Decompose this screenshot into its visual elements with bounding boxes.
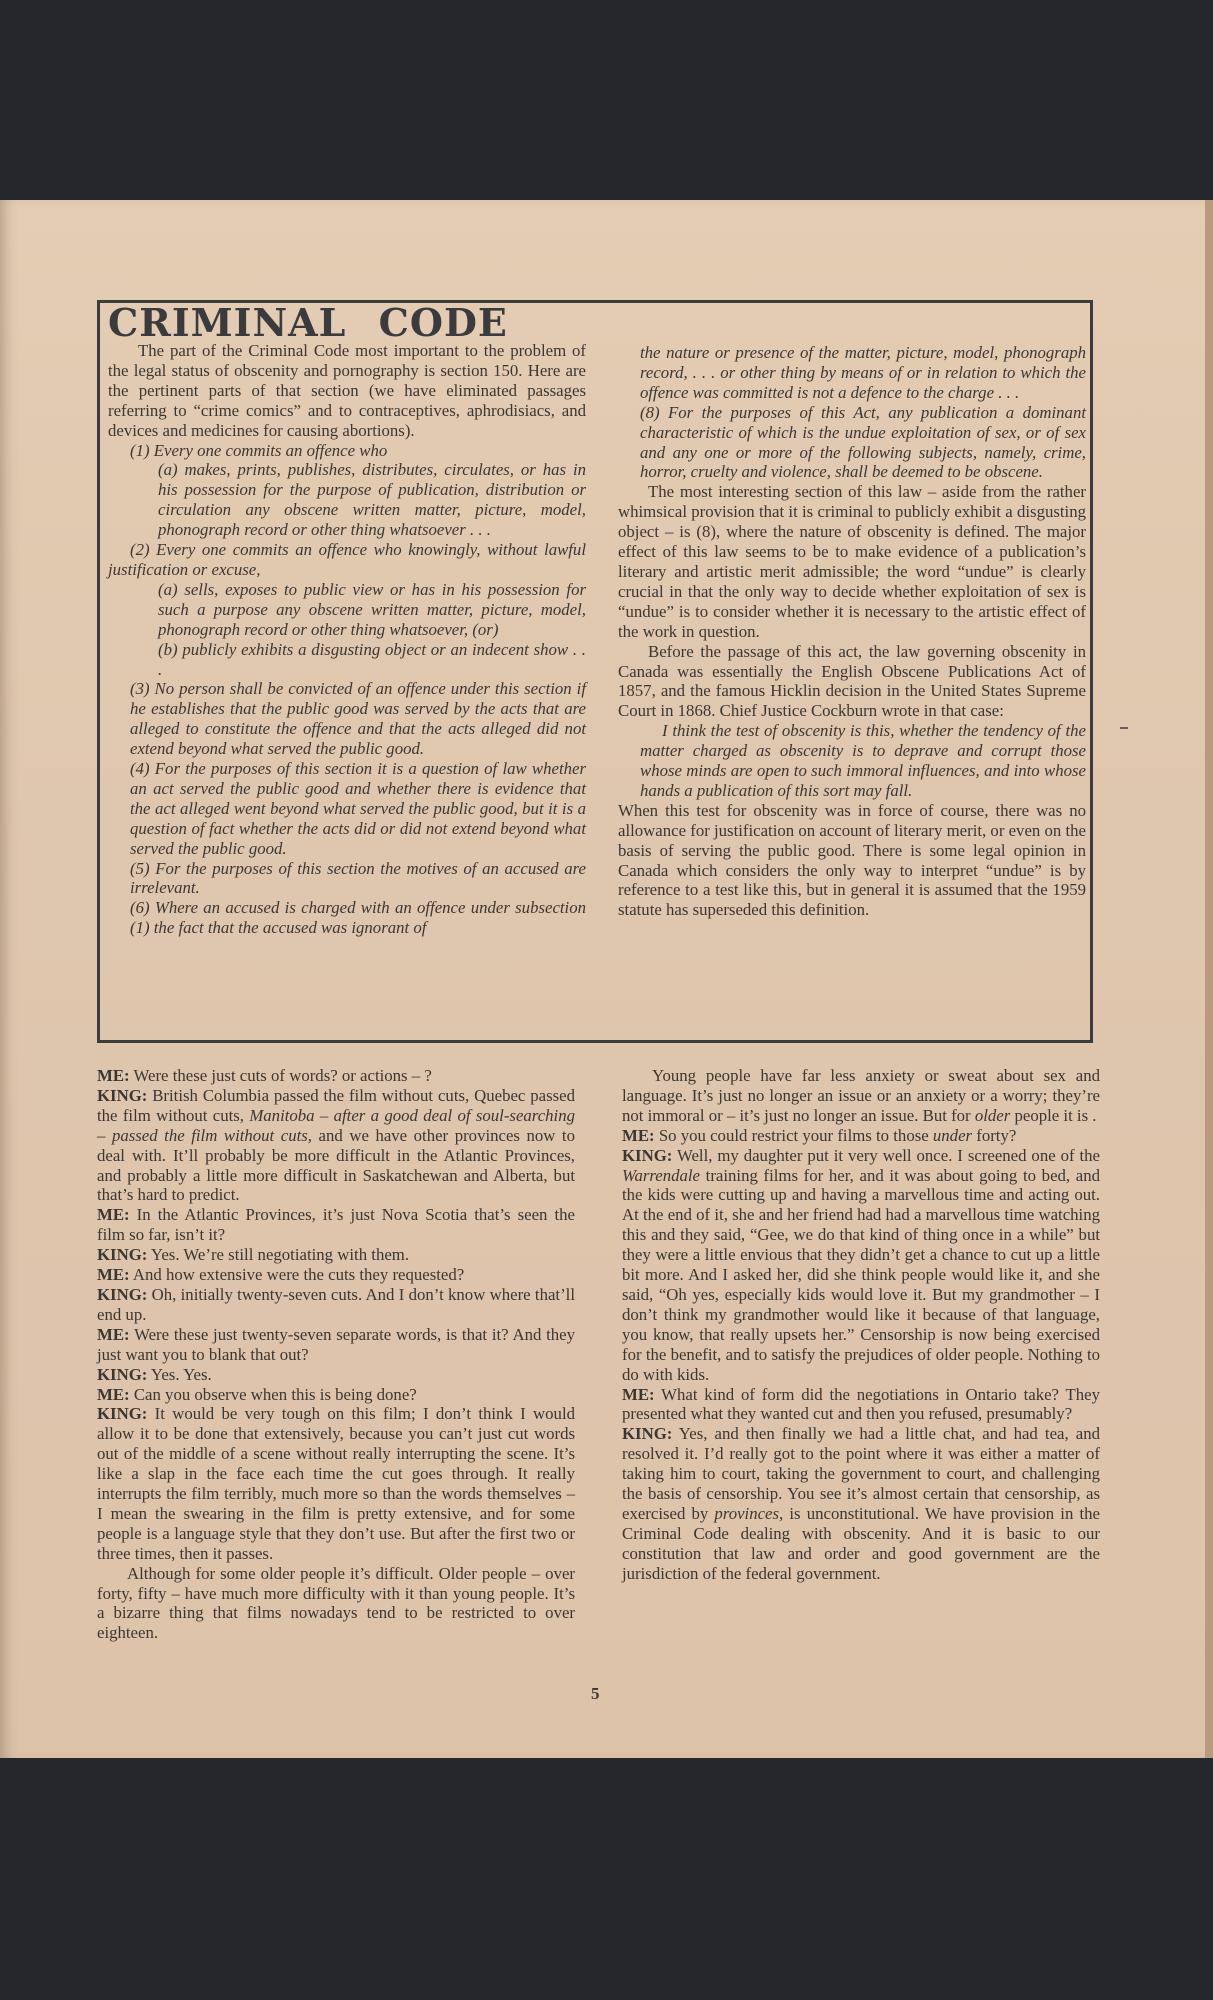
commentary-closing: When this test for obscenity was in forc… — [618, 801, 1086, 920]
sidebar-left-column: CRIMINAL CODE The part of the Criminal C… — [108, 305, 586, 938]
interview-line: ME: Can you observe when this is being d… — [97, 1385, 575, 1405]
interview-line: KING: Oh, initially twenty-seven cuts. A… — [97, 1285, 575, 1325]
interview-line: KING: British Columbia passed the film w… — [97, 1086, 575, 1205]
speaker-label: ME: — [97, 1066, 130, 1085]
clause-6-cont: the nature or presence of the matter, pi… — [618, 343, 1086, 403]
speaker-label: ME: — [97, 1265, 130, 1284]
hicklin-quote: I think the test of obscenity is this, w… — [618, 721, 1086, 801]
clause-4: (4) For the purposes of this section it … — [108, 759, 586, 859]
speaker-label: KING: — [97, 1285, 147, 1304]
page-number: 5 — [591, 1684, 600, 1704]
interview-paragraph: Although for some older people it’s diff… — [97, 1564, 575, 1644]
speaker-label: KING: — [97, 1404, 147, 1423]
interview-line: ME: So you could restrict your films to … — [622, 1126, 1100, 1146]
speaker-label: ME: — [622, 1385, 655, 1404]
speaker-label: ME: — [97, 1205, 130, 1224]
interview-line: KING: Yes, and then finally we had a lit… — [622, 1424, 1100, 1583]
speaker-label: KING: — [622, 1146, 672, 1165]
interview-line: ME: In the Atlantic Provinces, it’s just… — [97, 1205, 575, 1245]
speaker-label: ME: — [97, 1325, 130, 1344]
interview-left-column: ME: Were these just cuts of words? or ac… — [97, 1066, 575, 1643]
interview-right-column: Young people have far less anxiety or sw… — [622, 1066, 1100, 1584]
margin-mark — [1120, 727, 1128, 729]
interview-line: ME: Were these just twenty-seven separat… — [97, 1325, 575, 1365]
clause-1a: (a) makes, prints, publishes, distribute… — [108, 460, 586, 540]
criminal-code-sidebar: CRIMINAL CODE The part of the Criminal C… — [97, 300, 1093, 1043]
speaker-label: KING: — [97, 1245, 147, 1264]
speaker-label: KING: — [97, 1365, 147, 1384]
interview-line: KING: Yes. We’re still negotiating with … — [97, 1245, 575, 1265]
interview-line: ME: And how extensive were the cuts they… — [97, 1265, 575, 1285]
interview-line: KING: It would be very tough on this fil… — [97, 1404, 575, 1563]
clause-1: (1) Every one commits an offence who — [108, 441, 586, 461]
speaker-label: ME: — [97, 1385, 130, 1404]
clause-2: (2) Every one commits an offence who kno… — [108, 540, 586, 580]
clause-2b: (b) publicly exhibits a disgusting objec… — [108, 640, 586, 680]
sidebar-right-column: the nature or presence of the matter, pi… — [618, 343, 1086, 920]
speaker-label: KING: — [622, 1424, 672, 1443]
commentary-1: The most interesting section of this law… — [618, 482, 1086, 641]
speaker-label: ME: — [622, 1126, 655, 1145]
clause-2a: (a) sells, exposes to public view or has… — [108, 580, 586, 640]
clause-8: (8) For the purposes of this Act, any pu… — [618, 403, 1086, 483]
interview-line: KING: Well, my daughter put it very well… — [622, 1146, 1100, 1385]
commentary-2: Before the passage of this act, the law … — [618, 642, 1086, 722]
interview-paragraph: Young people have far less anxiety or sw… — [622, 1066, 1100, 1126]
sidebar-title: CRIMINAL CODE — [108, 305, 586, 341]
interview-line: ME: What kind of form did the negotiatio… — [622, 1385, 1100, 1425]
clause-6: (6) Where an accused is charged with an … — [108, 898, 586, 938]
interview-line: KING: Yes. Yes. — [97, 1365, 575, 1385]
clause-5: (5) For the purposes of this section the… — [108, 859, 586, 899]
interview-line: ME: Were these just cuts of words? or ac… — [97, 1066, 575, 1086]
speaker-label: KING: — [97, 1086, 147, 1105]
page-edge — [1205, 200, 1213, 1758]
sidebar-intro: The part of the Criminal Code most impor… — [108, 341, 586, 441]
clause-3: (3) No person shall be convicted of an o… — [108, 679, 586, 759]
